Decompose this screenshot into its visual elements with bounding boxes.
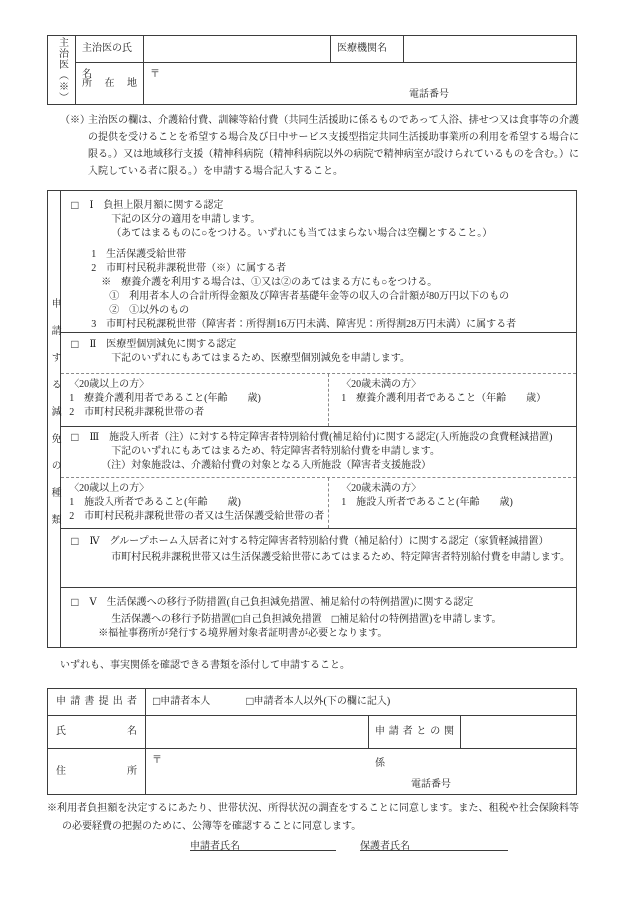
address-row: 住 所 〒 電話番号 bbox=[48, 749, 576, 794]
address-value[interactable]: 〒 電話番号 bbox=[146, 749, 576, 794]
relation-label: 申 請 者 と の 関 係 bbox=[368, 716, 460, 748]
section5-option2-checkbox[interactable]: □ bbox=[332, 614, 339, 624]
section3-col-minor: 〈20歳未満の方〉 1 施設入所者であること(年齢 歳) bbox=[329, 478, 576, 529]
section5-note: ※福祉事務所が発行する境界層対象者証明書が必要となります。 bbox=[98, 627, 570, 641]
submitter-options: □申請者本人□申請者本人以外(下の欄に記入) bbox=[146, 689, 576, 715]
section3-line2: （注）対象施設は、介護給付費の対象となる入所施設（障害者支援施設） bbox=[101, 459, 570, 473]
section5-line1: 生活保護への移行予防措置(□自己負担減免措置□補足給付の特例措置)を申請します。 bbox=[111, 613, 570, 627]
postal-mark-icon: 〒 bbox=[152, 751, 162, 766]
section3-left-item1: 1 施設入所者であること(年齢 歳) bbox=[69, 496, 324, 510]
section-4: □Ⅳグループホーム入居者に対する特定障害者特別給付費（補足給付）に関する認定（家… bbox=[61, 529, 576, 588]
section3-left-header: 〈20歳以上の方〉 bbox=[69, 482, 324, 496]
applicant-signature-label: 申請者氏名 bbox=[190, 841, 240, 852]
physician-address-label: 所 在 地 bbox=[76, 63, 144, 104]
section2-title: 医療型個別減免に関する認定 bbox=[106, 339, 236, 350]
section5-option2-label: 補足給付の特例措置 bbox=[339, 614, 429, 625]
section2-checkbox[interactable]: □ bbox=[71, 339, 78, 349]
section-5: □Ⅴ生活保護への移行予防措置(自己負担減免措置、補足給付の特例措置)に関する認定… bbox=[61, 588, 576, 647]
section2-left-header: 〈20歳以上の方〉 bbox=[69, 378, 324, 392]
consent-note: ※利用者負担額を決定するにあたり、世帯状況、所得状況の調査をすることに同意します… bbox=[47, 800, 579, 835]
address-label: 住 所 bbox=[48, 749, 146, 794]
submitter-option2-label: 申請者本人以外(下の欄に記入) bbox=[254, 696, 391, 707]
attach-note: いずれも、事実関係を確認できる書類を添付して申請すること。 bbox=[60, 656, 350, 671]
guardian-signature-line[interactable]: 保護者氏名 bbox=[360, 837, 508, 851]
submitter-option1-label: 申請者本人 bbox=[160, 696, 210, 707]
section3-left-item2: 2 市町村民税非課税世帯の者又は生活保護受給世帯の者 bbox=[69, 510, 324, 524]
section1-item3: 3 市町村民税課税世帯（障害者：所得割16万円未満、障害児：所得割28万円未満）… bbox=[91, 318, 570, 332]
physician-address-value[interactable]: 〒 電話番号 bbox=[144, 63, 576, 104]
section1-note: ※ 療養介護を利用する場合は、①又は②のあてはまる方にも○をつける。 bbox=[101, 276, 570, 290]
section5-numeral: Ⅴ bbox=[89, 596, 96, 610]
section1-line1: 下記の区分の適用を申請します。 bbox=[111, 213, 570, 227]
physician-row-name: 主治医の氏名 医療機関名 bbox=[76, 36, 576, 63]
section1-item1: 1 生活保護受給世帯 bbox=[91, 248, 570, 262]
section4-numeral: Ⅳ bbox=[89, 535, 99, 549]
institution-label: 医療機関名 bbox=[331, 36, 404, 62]
reduction-sections: □Ⅰ負担上限月額に関する認定 下記の区分の適用を申請します。 （あてはまるものに… bbox=[61, 191, 576, 647]
name-label: 氏 名 bbox=[48, 716, 146, 748]
physician-side-label: 主治医（※） bbox=[57, 37, 67, 103]
submitter-row-label: 申 請 書 提 出 者 bbox=[48, 689, 146, 715]
postal-mark-icon: 〒 bbox=[150, 65, 160, 80]
reduction-table: 申請する減免の種類 □Ⅰ負担上限月額に関する認定 下記の区分の適用を申請します。… bbox=[47, 190, 577, 648]
physician-side-cell: 主治医（※） bbox=[48, 36, 76, 104]
section5-line1-post: )を申請します。 bbox=[429, 614, 502, 625]
section4-header: □Ⅳグループホーム入居者に対する特定障害者特別給付費（補足給付）に関する認定（家… bbox=[71, 535, 570, 549]
section2-head: □Ⅱ医療型個別減免に関する認定 下記のいずれにもあてはまるため、医療型個別減免を… bbox=[61, 333, 576, 373]
section2-col-adult: 〈20歳以上の方〉 1 療養介護利用者であること(年齢 歳) 2 市町村民税非課… bbox=[61, 374, 329, 426]
section2-numeral: Ⅱ bbox=[89, 338, 96, 352]
name-row: 氏 名 申 請 者 と の 関 係 bbox=[48, 716, 576, 749]
applicant-signature-line[interactable]: 申請者氏名 bbox=[190, 837, 336, 851]
section5-line1-pre: 生活保護への移行予防措置( bbox=[111, 614, 234, 625]
reduction-side-cell: 申請する減免の種類 bbox=[48, 191, 61, 647]
section1-checkbox[interactable]: □ bbox=[71, 200, 78, 210]
section1-title: 負担上限月額に関する認定 bbox=[103, 200, 223, 211]
section3-columns: 〈20歳以上の方〉 1 施設入所者であること(年齢 歳) 2 市町村民税非課税世… bbox=[61, 477, 576, 529]
section2-left-item2: 2 市町村民税非課税世帯の者 bbox=[69, 406, 324, 420]
section3-right-item1: 1 施設入所者であること(年齢 歳) bbox=[341, 496, 572, 510]
section1-sub1: ① 利用者本人の合計所得金額及び障害者基礎年金等の収入の合計額が80万円以下のも… bbox=[109, 290, 570, 304]
section4-line1: 市町村民税非課税世帯又は生活保護受給世帯にあてはまるため、特定障害者特別給付費を… bbox=[111, 551, 570, 565]
section2-line1: 下記のいずれにもあてはまるため、医療型個別減免を申請します。 bbox=[111, 352, 570, 366]
submitter-phone-label: 電話番号 bbox=[411, 775, 451, 790]
section2-left-item1: 1 療養介護利用者であること(年齢 歳) bbox=[69, 392, 324, 406]
institution-value[interactable] bbox=[404, 36, 576, 62]
section3-title: 施設入所者（注）に対する特定障害者特別給付費(補足給付)に関する認定(入所施設の… bbox=[109, 432, 552, 443]
section1-line2: （あてはまるものに○をつける。いずれにも当てはまらない場合は空欄とすること。） bbox=[111, 227, 570, 241]
physician-note-marker: （※） bbox=[60, 112, 88, 180]
section4-checkbox[interactable]: □ bbox=[71, 536, 78, 546]
guardian-signature-label: 保護者氏名 bbox=[360, 841, 410, 852]
section-2: □Ⅱ医療型個別減免に関する認定 下記のいずれにもあてはまるため、医療型個別減免を… bbox=[61, 333, 576, 427]
section-1: □Ⅰ負担上限月額に関する認定 下記の区分の適用を申請します。 （あてはまるものに… bbox=[61, 191, 576, 333]
section3-right-header: 〈20歳未満の方〉 bbox=[341, 482, 572, 496]
physician-phone-label: 電話番号 bbox=[409, 85, 449, 100]
section1-numeral: Ⅰ bbox=[89, 199, 93, 213]
form-page: { "glyphs": { "checkbox": "□" }, "physic… bbox=[0, 0, 630, 903]
physician-note: （※） 主治医の欄は、介護給付費、訓練等給付費（共同生活援助に係るものであって入… bbox=[60, 112, 579, 180]
section-3: □Ⅲ施設入所者（注）に対する特定障害者特別給付費(補足給付)に関する認定(入所施… bbox=[61, 427, 576, 530]
section3-col-adult: 〈20歳以上の方〉 1 施設入所者であること(年齢 歳) 2 市町村民税非課税世… bbox=[61, 478, 329, 529]
section5-option1-checkbox[interactable]: □ bbox=[235, 614, 242, 624]
section1-sub2: ② ①以外のもの bbox=[109, 304, 570, 318]
name-value[interactable] bbox=[146, 716, 368, 748]
physician-name-label: 主治医の氏名 bbox=[76, 36, 144, 62]
section5-checkbox[interactable]: □ bbox=[71, 597, 78, 607]
physician-row-address: 所 在 地 〒 電話番号 bbox=[76, 63, 576, 104]
section5-header: □Ⅴ生活保護への移行予防措置(自己負担減免措置、補足給付の特例措置)に関する認定 bbox=[71, 596, 570, 610]
section1-header: □Ⅰ負担上限月額に関する認定 bbox=[71, 199, 570, 213]
submitter-table: 申 請 書 提 出 者 □申請者本人□申請者本人以外(下の欄に記入) 氏 名 申… bbox=[47, 688, 577, 795]
section4-title: グループホーム入居者に対する特定障害者特別給付費（補足給付）に関する認定（家賃軽… bbox=[109, 536, 548, 547]
physician-table: 主治医（※） 主治医の氏名 医療機関名 所 在 地 〒 電話番号 bbox=[47, 35, 577, 105]
relation-value[interactable] bbox=[460, 716, 576, 748]
reduction-side-label: 申請する減免の種類 bbox=[49, 298, 59, 541]
section3-numeral: Ⅲ bbox=[89, 431, 99, 445]
section2-right-header: 〈20歳未満の方〉 bbox=[341, 378, 572, 392]
section3-line1: 下記のいずれにもあてはまるため、特定障害者特別給付費を申請します。 bbox=[111, 445, 570, 459]
section3-checkbox[interactable]: □ bbox=[71, 432, 78, 442]
section2-columns: 〈20歳以上の方〉 1 療養介護利用者であること(年齢 歳) 2 市町村民税非課… bbox=[61, 373, 576, 426]
submitter-option2-checkbox[interactable]: □ bbox=[246, 696, 253, 706]
section5-option1-label: 自己負担減免措置 bbox=[242, 614, 322, 625]
physician-name-value[interactable] bbox=[144, 36, 331, 62]
physician-table-main: 主治医の氏名 医療機関名 所 在 地 〒 電話番号 bbox=[76, 36, 576, 104]
submitter-row: 申 請 書 提 出 者 □申請者本人□申請者本人以外(下の欄に記入) bbox=[48, 689, 576, 716]
physician-note-text: 主治医の欄は、介護給付費、訓練等給付費（共同生活援助に係るものであって入浴、排せ… bbox=[88, 112, 579, 180]
section5-title: 生活保護への移行予防措置(自己負担減免措置、補足給付の特例措置)に関する認定 bbox=[107, 597, 474, 608]
section3-head: □Ⅲ施設入所者（注）に対する特定障害者特別給付費(補足給付)に関する認定(入所施… bbox=[61, 427, 576, 477]
section2-col-minor: 〈20歳未満の方〉 1 療養介護利用者であること（年齢 歳） bbox=[329, 374, 576, 426]
section1-item2: 2 市町村民税非課税世帯（※）に属する者 bbox=[91, 262, 570, 276]
section2-right-item1: 1 療養介護利用者であること（年齢 歳） bbox=[341, 392, 572, 406]
